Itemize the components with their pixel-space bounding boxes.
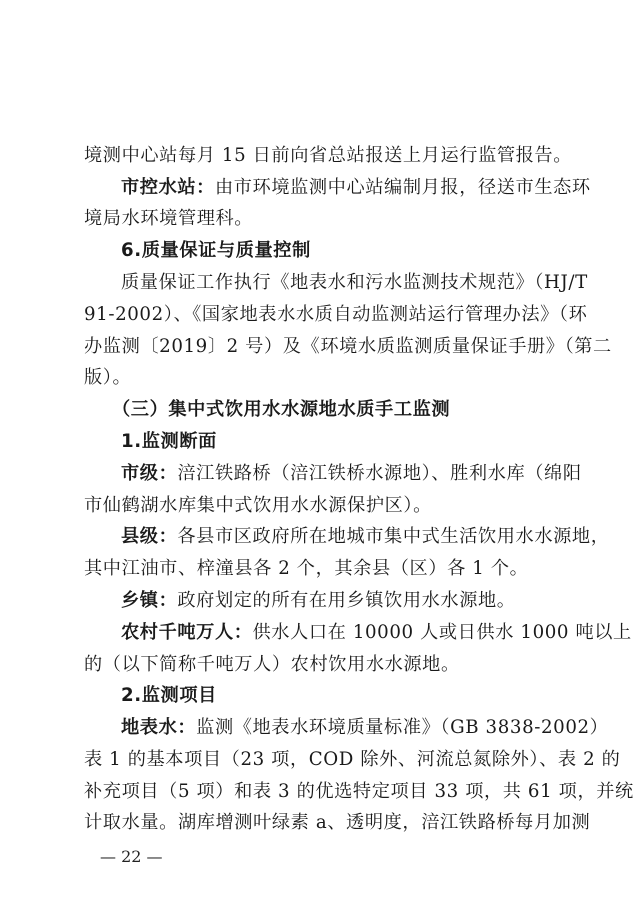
lead-term: 市级： (121, 463, 177, 484)
lead-term: 市控水站： (121, 177, 215, 198)
line-text: 各县市区政府所在地城市集中式生活饮用水水源地， (177, 526, 609, 547)
line-text: 政府划定的所有在用乡镇饮用水水源地。 (177, 590, 515, 611)
subsection-heading: 1.监测断面 (121, 427, 556, 457)
document-page: 境测中心站每月 15 日前向省总站报送上月运行监管报告。 市控水站：由市环境监测… (0, 0, 640, 906)
line-text: 供水人口在 10000 人或日供水 1000 吨以上 (253, 622, 632, 643)
paragraph-line: 市控水站：由市环境监测中心站编制月报，径送市生态环 (121, 173, 556, 203)
line-text: 计取水量。湖库增测叶绿素 a、透明度，涪江铁路桥每月加测 (84, 812, 590, 833)
line-text: 的（以下简称千吨万人）农村饮用水水源地。 (84, 654, 460, 675)
paragraph-line: 地表水：监测《地表水环境质量标准》（GB 3838-2002） (121, 713, 556, 743)
line-text: 版）。 (84, 367, 131, 388)
line-text: 由市环境监测中心站编制月报，径送市生态环 (215, 177, 591, 198)
paragraph-line: 其中江油市、梓潼县各 2 个，其余县（区）各 1 个。 (84, 554, 556, 584)
line-text: 质量保证工作执行《地表水和污水监测技术规范》（HJ/T (121, 272, 588, 293)
paragraph-line: 境测中心站每月 15 日前向省总站报送上月运行监管报告。 (84, 141, 556, 171)
paragraph-line: 市级：涪江铁路桥（涪江铁桥水源地）、胜利水库（绵阳 (121, 459, 556, 489)
heading-text: 6.质量保证与质量控制 (121, 240, 311, 261)
paragraph-line: 质量保证工作执行《地表水和污水监测技术规范》（HJ/T (121, 268, 556, 298)
heading-text: （三）集中式饮用水水源地水质手工监测 (112, 399, 450, 420)
line-text: 监测《地表水环境质量标准》（GB 3838-2002） (196, 717, 608, 738)
line-text: 市仙鹤湖水库集中式饮用水水源保护区）。 (84, 495, 432, 516)
line-text: 境测中心站每月 15 日前向省总站报送上月运行监管报告。 (84, 145, 572, 166)
page-number: — 22 — (100, 845, 163, 869)
section-heading: 6.质量保证与质量控制 (121, 236, 556, 266)
line-text: 表 1 的基本项目（23 项，COD 除外、河流总氮除外）、表 2 的 (84, 749, 620, 770)
paragraph-line: 的（以下简称千吨万人）农村饮用水水源地。 (84, 650, 556, 680)
line-text: 其中江油市、梓潼县各 2 个，其余县（区）各 1 个。 (84, 558, 528, 579)
lead-term: 县级： (121, 526, 177, 547)
line-text: 91-2002）、《国家地表水水质自动监测站运行管理办法》（环 (84, 304, 587, 325)
paragraph-line: 计取水量。湖库增测叶绿素 a、透明度，涪江铁路桥每月加测 (84, 808, 556, 838)
lead-term: 农村千吨万人： (121, 622, 253, 643)
line-text: 涪江铁路桥（涪江铁桥水源地）、胜利水库（绵阳 (177, 463, 581, 484)
paragraph-line: 91-2002）、《国家地表水水质自动监测站运行管理办法》（环 (84, 300, 556, 330)
paragraph-line: 乡镇：政府划定的所有在用乡镇饮用水水源地。 (121, 586, 556, 616)
paragraph-line: 农村千吨万人：供水人口在 10000 人或日供水 1000 吨以上 (121, 618, 556, 648)
section-heading: （三）集中式饮用水水源地水质手工监测 (112, 395, 584, 425)
line-text: 办监测〔2019〕2 号）及《环境水质监测质量保证手册》（第二 (84, 336, 612, 357)
paragraph-line: 补充项目（5 项）和表 3 的优选特定项目 33 项，共 61 项，并统 (84, 777, 556, 807)
paragraph-line: 县级：各县市区政府所在地城市集中式生活饮用水水源地， (121, 522, 556, 552)
paragraph-line: 办监测〔2019〕2 号）及《环境水质监测质量保证手册》（第二 (84, 332, 556, 362)
line-text: 补充项目（5 项）和表 3 的优选特定项目 33 项，共 61 项，并统 (84, 781, 634, 802)
lead-term: 地表水： (121, 717, 196, 738)
paragraph-line: 境局水环境管理科。 (84, 204, 556, 234)
paragraph-line: 版）。 (84, 363, 556, 393)
subsection-heading: 2.监测项目 (121, 681, 556, 711)
heading-text: 2.监测项目 (121, 685, 217, 706)
line-text: 境局水环境管理科。 (84, 208, 253, 229)
paragraph-line: 市仙鹤湖水库集中式饮用水水源保护区）。 (84, 491, 556, 521)
paragraph-line: 表 1 的基本项目（23 项，COD 除外、河流总氮除外）、表 2 的 (84, 745, 556, 775)
lead-term: 乡镇： (121, 590, 177, 611)
heading-text: 1.监测断面 (121, 431, 217, 452)
